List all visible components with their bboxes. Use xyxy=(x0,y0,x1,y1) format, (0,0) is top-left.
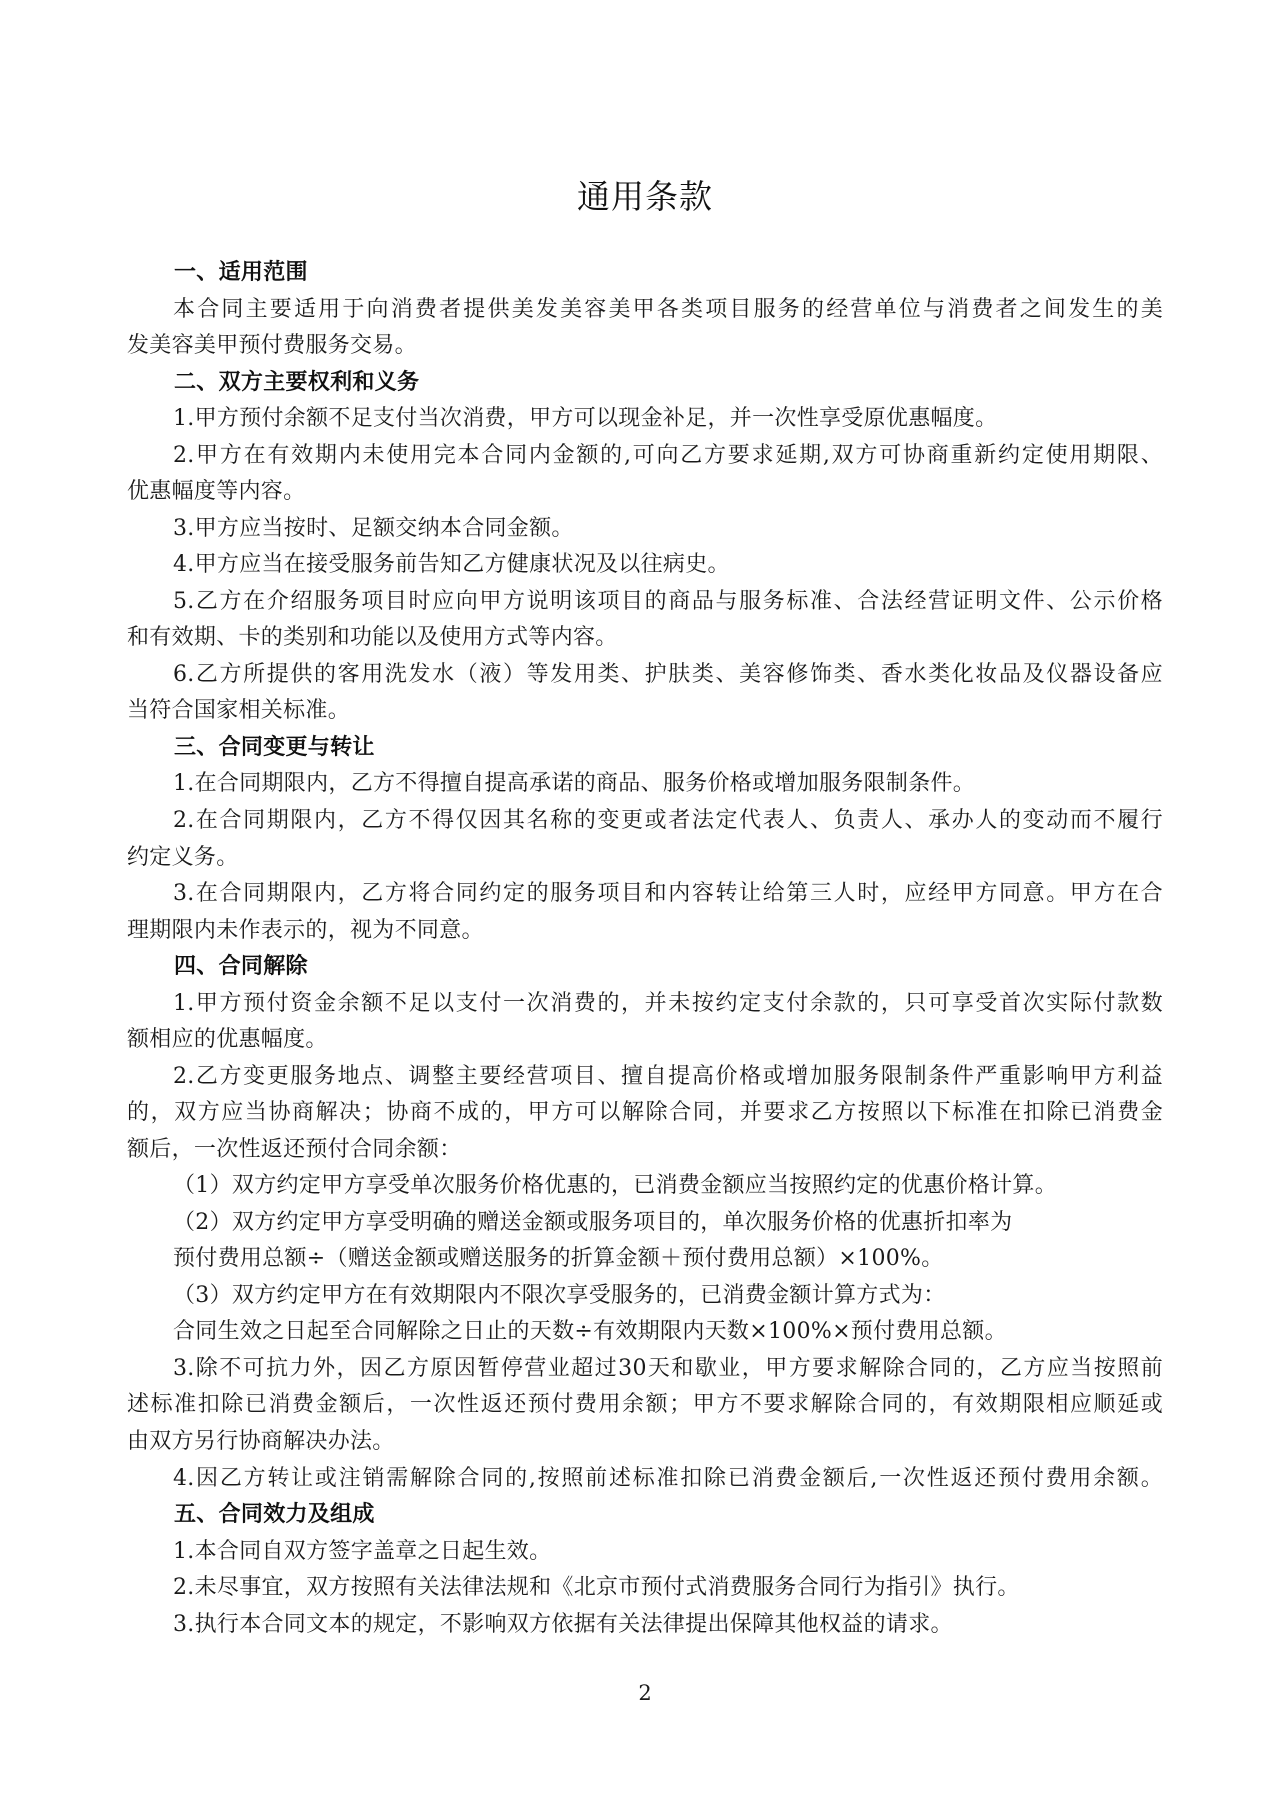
document-page: 通用条款 一、适用范围 本合同主要适用于向消费者提供美发美容美甲各类项目服务的经… xyxy=(0,0,1280,1810)
formula: 预付费用总额÷（赠送金额或赠送服务的折算金额＋预付费用总额）×100%。 xyxy=(127,1241,1167,1278)
section-termination: 四、合同解除 1.甲方预付资金余额不足以支付一次消费的，并未按约定支付余款的，只… xyxy=(127,949,1167,1497)
clause-line: 当符合国家相关标准。 xyxy=(127,693,1167,730)
clause-line: 2.未尽事宜，双方按照有关法律法规和《北京市预付式消费服务合同行为指引》执行。 xyxy=(127,1570,1167,1607)
clause-line: 额后，一次性返还预付合同余额： xyxy=(127,1132,1167,1169)
clause-line: 2.甲方在有效期内未使用完本合同内金额的,可向乙方要求延期,双方可协商重新约定使… xyxy=(127,438,1163,475)
clause: 2.在合同期限内，乙方不得仅因其名称的变更或者法定代表人、负责人、承办人的变动而… xyxy=(127,803,1167,876)
clause-line: 额相应的优惠幅度。 xyxy=(127,1022,1167,1059)
clause-line: 3.在合同期限内，乙方将合同约定的服务项目和内容转让给第三人时，应经甲方同意。甲… xyxy=(127,876,1163,913)
clause-line: 1.本合同自双方签字盖章之日起生效。 xyxy=(127,1534,1167,1571)
clause: 3.在合同期限内，乙方将合同约定的服务项目和内容转让给第三人时，应经甲方同意。甲… xyxy=(127,876,1167,949)
section-heading: 三、合同变更与转让 xyxy=(127,730,1167,767)
clause-line: 6.乙方所提供的客用洗发水（液）等发用类、护肤类、美容修饰类、香水类化妆品及仪器… xyxy=(127,657,1163,694)
formula: 合同生效之日起至合同解除之日止的天数÷有效期限内天数×100%×预付费用总额。 xyxy=(127,1314,1167,1351)
clause: 4.甲方应当在接受服务前告知乙方健康状况及以往病史。 xyxy=(127,547,1167,584)
section-heading: 五、合同效力及组成 xyxy=(127,1497,1167,1534)
clause: 2.甲方在有效期内未使用完本合同内金额的,可向乙方要求延期,双方可协商重新约定使… xyxy=(127,438,1167,511)
section-rights-obligations: 二、双方主要权利和义务 1.甲方预付余额不足支付当次消费，甲方可以现金补足，并一… xyxy=(127,365,1167,730)
paragraph-line: 本合同主要适用于向消费者提供美发美容美甲各类项目服务的经营单位与消费者之间发生的… xyxy=(127,292,1163,329)
clause-line: 1.甲方预付余额不足支付当次消费，甲方可以现金补足，并一次性享受原优惠幅度。 xyxy=(127,401,1167,438)
clause-line: 的，双方应当协商解决；协商不成的，甲方可以解除合同，并要求乙方按照以下标准在扣除… xyxy=(127,1095,1163,1132)
clause: 1.甲方预付余额不足支付当次消费，甲方可以现金补足，并一次性享受原优惠幅度。 xyxy=(127,401,1167,438)
terms-content: 一、适用范围 本合同主要适用于向消费者提供美发美容美甲各类项目服务的经营单位与消… xyxy=(127,255,1167,1643)
section-heading: 四、合同解除 xyxy=(127,949,1167,986)
clause-line: 1.甲方预付资金余额不足以支付一次消费的，并未按约定支付余款的，只可享受首次实际… xyxy=(127,986,1163,1023)
sub-clause-line: （2）双方约定甲方享受明确的赠送金额或服务项目的，单次服务价格的优惠折扣率为 xyxy=(127,1205,1167,1242)
clause-line: 述标准扣除已消费金额后，一次性返还预付费用余额；甲方不要求解除合同的，有效期限相… xyxy=(127,1387,1163,1424)
clause: 3.执行本合同文本的规定，不影响双方依据有关法律提出保障其他权益的请求。 xyxy=(127,1607,1167,1644)
paragraph: 本合同主要适用于向消费者提供美发美容美甲各类项目服务的经营单位与消费者之间发生的… xyxy=(127,292,1167,365)
clause: 2.未尽事宜，双方按照有关法律法规和《北京市预付式消费服务合同行为指引》执行。 xyxy=(127,1570,1167,1607)
formula-line: 预付费用总额÷（赠送金额或赠送服务的折算金额＋预付费用总额）×100%。 xyxy=(127,1241,1167,1278)
section-scope: 一、适用范围 本合同主要适用于向消费者提供美发美容美甲各类项目服务的经营单位与消… xyxy=(127,255,1167,365)
clause: 6.乙方所提供的客用洗发水（液）等发用类、护肤类、美容修饰类、香水类化妆品及仪器… xyxy=(127,657,1167,730)
clause-line: 优惠幅度等内容。 xyxy=(127,474,1167,511)
clause-line: 1.在合同期限内，乙方不得擅自提高承诺的商品、服务价格或增加服务限制条件。 xyxy=(127,766,1167,803)
clause-line: 3.甲方应当按时、足额交纳本合同金额。 xyxy=(127,511,1167,548)
clause: 3.除不可抗力外，因乙方原因暂停营业超过30天和歇业，甲方要求解除合同的，乙方应… xyxy=(127,1351,1167,1461)
sub-clause-line: （3）双方约定甲方在有效期限内不限次享受服务的，已消费金额计算方式为： xyxy=(127,1278,1167,1315)
section-heading: 一、适用范围 xyxy=(127,255,1167,292)
clause: 1.甲方预付资金余额不足以支付一次消费的，并未按约定支付余款的，只可享受首次实际… xyxy=(127,986,1167,1059)
clause-line: 4.甲方应当在接受服务前告知乙方健康状况及以往病史。 xyxy=(127,547,1167,584)
clause-line: 2.乙方变更服务地点、调整主要经营项目、擅自提高价格或增加服务限制条件严重影响甲… xyxy=(127,1059,1163,1096)
clause: 4.因乙方转让或注销需解除合同的,按照前述标准扣除已消费金额后,一次性返还预付费… xyxy=(127,1461,1167,1498)
clause: 1.在合同期限内，乙方不得擅自提高承诺的商品、服务价格或增加服务限制条件。 xyxy=(127,766,1167,803)
clause-line: 由双方另行协商解决办法。 xyxy=(127,1424,1167,1461)
clause-line: 5.乙方在介绍服务项目时应向甲方说明该项目的商品与服务标准、合法经营证明文件、公… xyxy=(127,584,1163,621)
section-change-transfer: 三、合同变更与转让 1.在合同期限内，乙方不得擅自提高承诺的商品、服务价格或增加… xyxy=(127,730,1167,949)
clause-line: 理期限内未作表示的，视为不同意。 xyxy=(127,913,1167,950)
section-heading: 二、双方主要权利和义务 xyxy=(127,365,1167,402)
clause-line: 2.在合同期限内，乙方不得仅因其名称的变更或者法定代表人、负责人、承办人的变动而… xyxy=(127,803,1163,840)
clause: 2.乙方变更服务地点、调整主要经营项目、擅自提高价格或增加服务限制条件严重影响甲… xyxy=(127,1059,1167,1169)
clause-line: 约定义务。 xyxy=(127,840,1167,877)
section-validity-composition: 五、合同效力及组成 1.本合同自双方签字盖章之日起生效。 2.未尽事宜，双方按照… xyxy=(127,1497,1167,1643)
clause-line: 3.执行本合同文本的规定，不影响双方依据有关法律提出保障其他权益的请求。 xyxy=(127,1607,1167,1644)
formula-line: 合同生效之日起至合同解除之日止的天数÷有效期限内天数×100%×预付费用总额。 xyxy=(127,1314,1167,1351)
clause-line: 4.因乙方转让或注销需解除合同的,按照前述标准扣除已消费金额后,一次性返还预付费… xyxy=(127,1461,1163,1498)
sub-clause: （2）双方约定甲方享受明确的赠送金额或服务项目的，单次服务价格的优惠折扣率为 xyxy=(127,1205,1167,1242)
clause: 5.乙方在介绍服务项目时应向甲方说明该项目的商品与服务标准、合法经营证明文件、公… xyxy=(127,584,1167,657)
clause-line: 3.除不可抗力外，因乙方原因暂停营业超过30天和歇业，甲方要求解除合同的，乙方应… xyxy=(127,1351,1163,1388)
sub-clause: （3）双方约定甲方在有效期限内不限次享受服务的，已消费金额计算方式为： xyxy=(127,1278,1167,1315)
page-number: 2 xyxy=(0,1678,1280,1708)
paragraph-line: 发美容美甲预付费服务交易。 xyxy=(127,328,1167,365)
clause: 1.本合同自双方签字盖章之日起生效。 xyxy=(127,1534,1167,1571)
sub-clause: （1）双方约定甲方享受单次服务价格优惠的，已消费金额应当按照约定的优惠价格计算。 xyxy=(127,1168,1167,1205)
clause: 3.甲方应当按时、足额交纳本合同金额。 xyxy=(127,511,1167,548)
page-title: 通用条款 xyxy=(0,176,1280,218)
sub-clause-line: （1）双方约定甲方享受单次服务价格优惠的，已消费金额应当按照约定的优惠价格计算。 xyxy=(127,1168,1167,1205)
clause-line: 和有效期、卡的类别和功能以及使用方式等内容。 xyxy=(127,620,1167,657)
